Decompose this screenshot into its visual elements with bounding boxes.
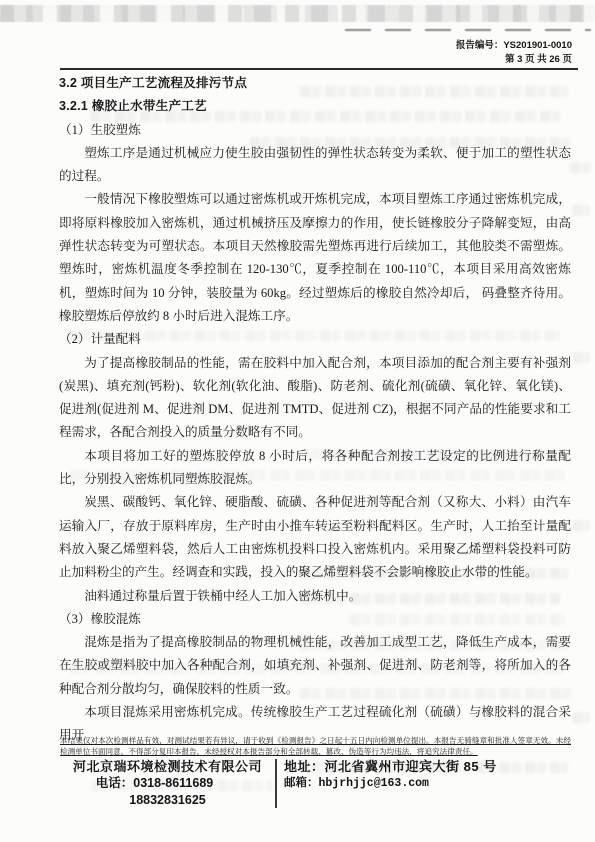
paragraph: 油料通过称量后置于铁桶中经人工加入密炼机中。 <box>59 585 571 608</box>
report-number-label: 报告编号： <box>456 40 504 51</box>
email-value: hbjrhjjc@163.com <box>319 777 429 790</box>
company-name: 河北京瑞环境检测技术有限公司 <box>60 758 275 775</box>
scan-artifact-dashes <box>345 29 591 31</box>
address-line: 地址：河北省冀州市迎宾大街 85 号 <box>284 758 571 775</box>
paragraph: 一般情况下橡胶塑炼可以通过密炼机或开炼机完成，本项目塑炼工序通过密炼机完成，即将… <box>59 188 571 328</box>
page-header: 报告编号：YS201901-0010 第 3 页 共 26 页 <box>456 39 572 67</box>
address-label: 地址： <box>284 759 325 774</box>
footer-divider <box>275 759 277 808</box>
subsection-heading: 3.2.1 橡胶止水带生产工艺 <box>59 95 571 118</box>
report-number-line: 报告编号：YS201901-0010 <box>456 39 572 53</box>
scan-artifact-band <box>0 5 595 22</box>
header-rule <box>60 68 578 70</box>
report-page: 报告编号：YS201901-0010 第 3 页 共 26 页 3.2 项目生产… <box>0 0 595 842</box>
paragraph: 炭黑、碳酸钙、氧化锌、硬脂酸、硫磺、各种促进剂等配合剂（又称大、小料）由汽车运输… <box>59 491 571 584</box>
paragraph: 为了提高橡胶制品的性能，需在胶料中加入配合剂，本项目添加的配合剂主要有补强剂(炭… <box>59 352 571 445</box>
footer-address-column: 地址：河北省冀州市迎宾大街 85 号 邮箱：hbjrhjjc@163.com <box>284 758 571 809</box>
bleedthrough-artifact <box>573 352 590 363</box>
footer-contact-block: 河北京瑞环境检测技术有限公司 电话：0318-86116891883283162… <box>60 758 571 809</box>
paragraph: 本项目将加工好的塑炼胶停放 8 小时后，将各种配合剂按工艺设定的比例进行称量配比… <box>59 445 571 492</box>
bleedthrough-artifact <box>573 520 590 531</box>
phone-line: 电话：0318-861168918832831625 <box>60 775 275 809</box>
report-number-value: YS201901-0010 <box>503 40 572 51</box>
phone-number-1: 0318-8611689 <box>133 776 213 790</box>
sub-heading: （3）橡胶混炼 <box>59 608 571 631</box>
address-value: 河北省冀州市迎宾大街 85 号 <box>325 759 497 774</box>
phone-label: 电话： <box>96 776 134 790</box>
document-body: 3.2 项目生产工艺流程及排污节点 3.2.1 橡胶止水带生产工艺 （1）生胶塑… <box>59 72 571 748</box>
sub-heading: （2）计量配料 <box>59 328 571 351</box>
paragraph: 塑炼工序是通过机械应力使生胶由强韧性的弹性状态转变为柔软、便于加工的塑性状态的过… <box>59 142 571 189</box>
bleedthrough-artifact <box>570 162 590 173</box>
sub-heading: （1）生胶塑炼 <box>59 119 571 142</box>
email-line: 邮箱：hbjrhjjc@163.com <box>284 775 571 792</box>
section-heading: 3.2 项目生产工艺流程及排污节点 <box>59 72 571 95</box>
bleedthrough-artifact <box>573 712 590 723</box>
page-number-line: 第 3 页 共 26 页 <box>456 53 572 67</box>
paragraph: 混炼是指为了提高橡胶制品的物理机械性能，改善加工成型工艺，降低生产成本，需要在生… <box>59 631 571 701</box>
footer-disclaimer: 本结果仅对本次检测样品有效，对测试结果若有异议，请于收到《检测报告》之日起十五日… <box>60 736 571 757</box>
footer-company-column: 河北京瑞环境检测技术有限公司 电话：0318-86116891883283162… <box>60 758 275 809</box>
phone-number-2: 18832831625 <box>129 793 205 807</box>
bleedthrough-artifact <box>573 205 590 216</box>
email-label: 邮箱： <box>284 777 319 789</box>
